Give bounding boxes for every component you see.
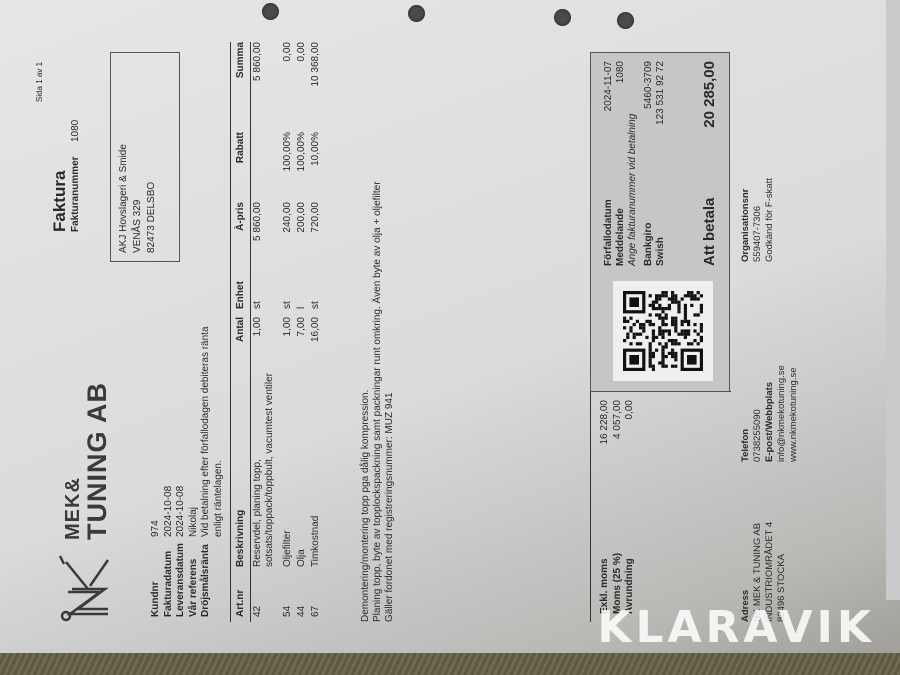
meta-label: Dröjsmålsränta [200,537,225,617]
cell-desc: Timkostnad [310,362,322,567]
meta-value: Nikolaj [188,237,201,537]
meta-value: 2024-10-08 [175,237,188,537]
cell-art: 42 [252,567,276,622]
cell-summa: 5 860,00 [252,42,276,132]
email-link[interactable]: info@nkmekotuning.se [776,365,788,462]
document-title: Faktura [50,171,70,232]
cell-rabatt [252,132,276,202]
table-row: 42Reservdel, planing topp, sotsats/toppa… [251,42,277,622]
cell-apris: 200,00 [296,202,308,277]
recipient-name: AKJ Hovslageri & Smide [117,61,131,253]
col-quantity: Antal [235,317,246,362]
invoice-page: Sida 1 av 1 MEK& TUNING AB Faktura Faktu… [30,32,880,642]
note-line: Demontering/montering topp pga dålig kom… [360,181,372,622]
swish-value: 123 531 92 72 [655,61,667,125]
cell-desc: Oljefilter [282,362,294,567]
cell-antal: 1,00 [282,317,294,362]
message-hint: Ange fakturanummer vid betalning [627,114,639,266]
col-art-nr: Art.nr [235,567,246,622]
website-link[interactable]: www.nkmekotuning.se [788,365,800,462]
background-fabric [0,653,900,675]
invoice-number-label: Fakturanummer [70,156,81,232]
table-row: 67Timkostnad16,00st720,0010,00%10 368,00 [309,42,323,622]
message-label: Meddelande [615,208,627,266]
bankgiro-label: Bankgiro [643,223,655,266]
logo-line-1: MEK& [62,477,84,540]
due-date-label: Förfallodatum [603,199,615,266]
table-row: 54Oljefilter1,00st240,00100,00%0,00 [281,42,295,622]
amount-due-value: 20 285,00 [701,61,718,128]
amount-due: Att betala20 285,00 [701,61,718,266]
payment-box: Förfallodatum2024-11-07 Meddelande1080 A… [590,52,730,392]
logo-line-2: TUNING AB [82,382,112,540]
note-line: Planing topp, byte av topplockspackning … [372,181,384,622]
cell-summa: 0,00 [296,42,308,132]
total-value: 0,00 [624,400,637,419]
total-value: 4 057,00 [612,400,625,439]
cell-enhet: l [296,277,308,317]
punch-hole [617,12,634,29]
phone-label: Telefon [740,365,752,462]
org-number-label: Organisationsnr [740,178,752,262]
cell-art: 44 [296,567,308,622]
page-indicator: Sida 1 av 1 [35,62,44,102]
swish-label: Swish [655,237,667,266]
invoice-meta: Kundnr974 Fakturadatum2024-10-08 Leveran… [150,237,225,617]
cell-antal: 1,00 [252,317,276,362]
cell-art: 67 [310,567,322,622]
table-header: Art.nr Beskrivning Antal Enhet À-pris Ra… [230,42,251,622]
meta-label: Fakturadatum [163,537,176,617]
cell-enhet: st [252,277,276,317]
note-line: Gäller fordonet med registreringsnummer:… [384,181,396,622]
cell-rabatt: 100,00% [282,132,294,202]
cell-enhet: st [282,277,294,317]
cell-desc: Reservdel, planing topp, sotsats/toppack… [252,362,276,567]
org-number-value: 559407-7306 [752,178,764,262]
col-discount: Rabatt [235,132,246,202]
meta-label: Vår referens [188,537,201,617]
amount-due-label: Att betala [701,198,718,266]
cell-apris: 240,00 [282,202,294,277]
message-value: 1080 [615,61,627,83]
paper-edge [886,0,900,600]
web-label: E-post/Webbplats [764,365,776,462]
cell-summa: 10 368,00 [310,42,322,132]
meta-label: Kundnr [150,537,163,617]
payment-qr-code [613,281,713,381]
bankgiro-value: 5460-3709 [643,61,655,109]
cell-apris: 720,00 [310,202,322,277]
col-description: Beskrivning [235,362,246,567]
recipient-postal: 82473 DELSBO [145,61,159,253]
punch-hole [262,3,279,20]
cell-rabatt: 10,00% [310,132,322,202]
invoice-number: 1080 [70,120,81,142]
punch-hole [408,5,425,22]
meta-value: Vid betalning efter förfallodagen debite… [200,307,225,537]
company-logo: MEK& TUNING AB [50,412,130,622]
col-sum: Summa [235,42,246,132]
cell-apris: 5 860,00 [252,202,276,277]
cell-art: 54 [282,567,294,622]
watermark-logo: KLARAVIK [597,602,875,653]
meta-label: Leveransdatum [175,537,188,617]
cell-antal: 7,00 [296,317,308,362]
totals-box: Exkl. moms16 228,00 Moms (25 %)4 057,00 … [590,391,731,622]
phone-value: 0738255090 [752,365,764,462]
cell-enhet: st [310,277,322,317]
due-date-value: 2024-11-07 [603,61,615,111]
f-tax-status: Godkänd för F-skatt [764,178,776,262]
cell-summa: 0,00 [282,42,294,132]
line-items-table: Art.nr Beskrivning Antal Enhet À-pris Ra… [230,42,323,622]
col-unit-price: À-pris [235,202,246,277]
cell-antal: 16,00 [310,317,322,362]
punch-hole [554,9,571,26]
qr-code-icon [623,291,703,371]
table-row: 44Olja7,00l200,00100,00%0,00 [295,42,309,622]
recipient-street: VENÅS 329 [131,61,145,253]
cell-desc: Olja [296,362,308,567]
nk-logo-icon [58,542,118,622]
meta-value: 2024-10-08 [163,237,176,537]
meta-value: 974 [150,237,163,537]
cell-rabatt: 100,00% [296,132,308,202]
invoice-notes: Demontering/montering topp pga dålig kom… [360,181,396,622]
recipient-address: AKJ Hovslageri & Smide VENÅS 329 82473 D… [110,52,180,262]
company-name-logo: MEK& TUNING AB [58,382,109,540]
total-value: 16 228,00 [599,400,612,445]
col-unit: Enhet [235,277,246,317]
